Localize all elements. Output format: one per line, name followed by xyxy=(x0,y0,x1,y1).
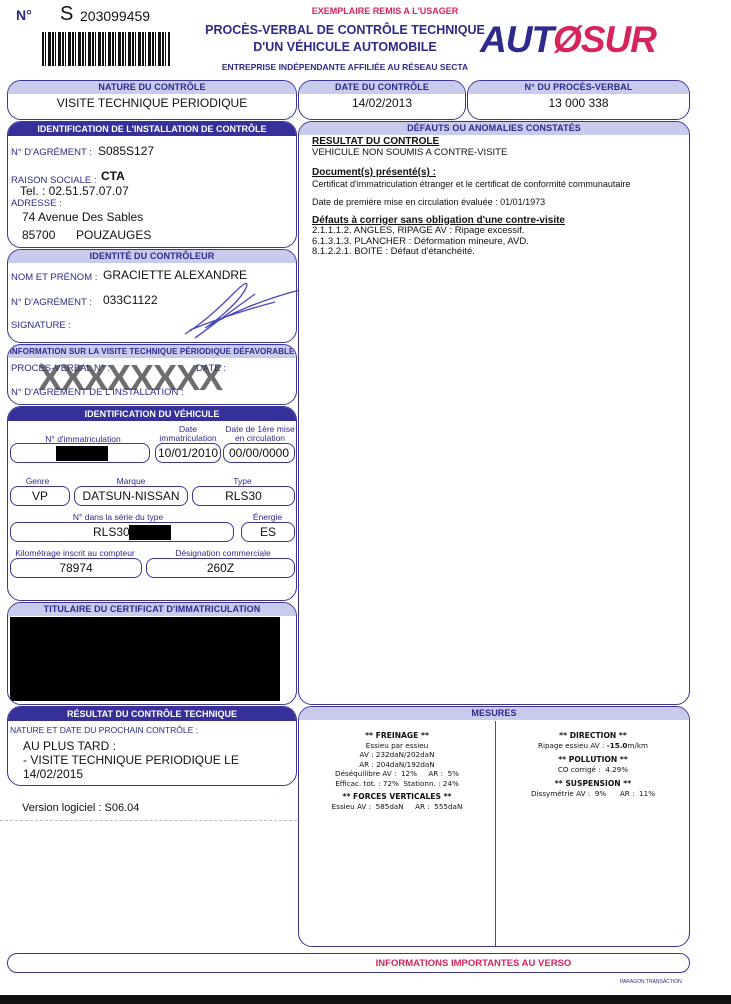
nature-controle-box: NATURE DU CONTRÔLE VISITE TECHNIQUE PERI… xyxy=(7,80,297,120)
serie-value: RLS30 xyxy=(93,525,130,539)
cutout-divider xyxy=(0,820,312,821)
date-controle-value: 14/02/2013 xyxy=(299,96,465,110)
forces-line: Essieu AV : 585daN AR : 555daN xyxy=(299,802,495,812)
type-label: Type xyxy=(190,477,295,486)
scan-edge xyxy=(0,995,731,1004)
right-measures: ** DIRECTION ** Ripage essieu AV : -15.0… xyxy=(495,731,690,798)
type-field: RLS30 xyxy=(192,486,295,506)
postcode: 85700 xyxy=(22,228,55,242)
marque-field: DATSUN-NISSAN xyxy=(74,486,188,506)
serie-label: N° dans la série du type xyxy=(38,513,198,522)
direction-unit: m/km xyxy=(627,741,648,750)
freinage-line: AR : 204daN/192daN xyxy=(299,760,495,770)
forces-title: ** FORCES VERTICALES ** xyxy=(299,792,495,802)
pollution-title: ** POLLUTION ** xyxy=(495,755,690,765)
first-circ-label: Date de 1ère mise en circulation xyxy=(224,425,296,443)
autosur-logo: AUTØSUR xyxy=(480,20,656,60)
pv-number-label: N° DU PROCÈS-VERBAL xyxy=(468,81,689,94)
defauts-box: DÉFAUTS OU ANOMALIES CONSTATÉS RESULTAT … xyxy=(298,121,690,705)
installation-agrement-label: N° D'AGRÉMENT : xyxy=(11,147,92,158)
installation-title: IDENTIFICATION DE L'INSTALLATION DE CONT… xyxy=(8,122,296,136)
installation-box: IDENTIFICATION DE L'INSTALLATION DE CONT… xyxy=(7,121,297,248)
km-field: 78974 xyxy=(10,558,142,578)
controleur-agrement-label: N° D'AGRÉMENT : xyxy=(11,297,92,308)
nature-controle-label: NATURE DU CONTRÔLE xyxy=(8,81,296,94)
controleur-agrement-value: 033C1122 xyxy=(103,293,158,307)
defect-item: 2.1.1.1.2. ANGLES, RIPAGE AV : Ripage ex… xyxy=(312,226,689,237)
defauts-title: DÉFAUTS OU ANOMALIES CONSTATÉS xyxy=(299,122,689,135)
defavorable-crossed-stamp: XXXXXXXX xyxy=(38,358,222,398)
date-immat-label: Date immatriculation xyxy=(156,425,220,443)
raison-sociale-value: CTA xyxy=(101,169,125,183)
mesures-title: MESURES xyxy=(299,707,689,720)
document-header: N° S 203099459 EXEMPLAIRE REMIS A L'USAG… xyxy=(0,0,731,78)
date-controle-box: DATE DU CONTRÔLE 14/02/2013 xyxy=(298,80,466,120)
info-verso-text: INFORMATIONS IMPORTANTES AU VERSO xyxy=(8,954,689,973)
direction-value: -15.0 xyxy=(607,741,628,750)
info-verso-banner: INFORMATIONS IMPORTANTES AU VERSO xyxy=(7,953,690,973)
designation-field: 260Z xyxy=(146,558,295,578)
serie-redacted xyxy=(129,525,171,540)
serial-number: 203099459 xyxy=(80,8,150,24)
vehicule-title: IDENTIFICATION DU VÉHICULE xyxy=(8,407,296,421)
signature-scribble-icon xyxy=(175,272,305,342)
designation-label: Désignation commerciale xyxy=(153,549,293,558)
km-label: Kilométrage inscrit au compteur xyxy=(10,549,140,558)
number-prefix: N° xyxy=(16,7,32,23)
next-control-line1: AU PLUS TARD : xyxy=(23,739,116,753)
freinage-section: ** FREINAGE ** Essieu par essieu AV : 23… xyxy=(299,731,495,811)
controleur-title: IDENTITÉ DU CONTRÔLEUR xyxy=(8,250,296,263)
defect-item: 8.1.2.2.1. BOITE : Défaut d'étanchéité. xyxy=(312,247,689,258)
copy-note: EXEMPLAIRE REMIS A L'USAGER xyxy=(280,6,490,16)
logo-text-sur: SUR xyxy=(581,19,656,60)
next-control-label: NATURE ET DATE DU PROCHAIN CONTRÔLE : xyxy=(10,725,198,735)
resultat-box: RÉSULTAT DU CONTRÔLE TECHNIQUE NATURE ET… xyxy=(7,706,297,786)
address-line: 74 Avenue Des Sables xyxy=(22,210,143,224)
direction-label: Ripage essieu AV : xyxy=(538,741,607,750)
printer-credit: PARAGON TRANSACTION xyxy=(620,979,682,985)
freinage-line: Efficac. tot. : 72% Stationn. : 24% xyxy=(299,779,495,789)
controleur-name-label: NOM ET PRÉNOM : xyxy=(11,272,97,283)
installation-agrement-value: S085S127 xyxy=(98,144,154,158)
document-title-line2: D'UN VÉHICULE AUTOMOBILE xyxy=(190,40,500,54)
titulaire-title: TITULAIRE DU CERTIFICAT D'IMMATRICULATIO… xyxy=(8,603,296,616)
adresse-label: ADRESSE : xyxy=(11,198,62,209)
defavorable-box: INFORMATION SUR LA VISITE TECHNIQUE PÉRI… xyxy=(7,344,297,405)
date-controle-label: DATE DU CONTRÔLE xyxy=(299,81,465,94)
immat-field xyxy=(10,443,150,463)
serial-letter: S xyxy=(60,3,73,26)
result-value: VEHICULE NON SOUMIS A CONTRE-VISITE xyxy=(312,148,689,159)
immat-redacted xyxy=(56,446,108,461)
direction-title: ** DIRECTION ** xyxy=(495,731,690,741)
energie-label: Énergie xyxy=(240,513,295,522)
first-circ-estimate: Date de première mise en circulation éva… xyxy=(312,197,689,208)
freinage-line: AV : 232daN/202daN xyxy=(299,750,495,760)
direction-line: Ripage essieu AV : -15.0m/km xyxy=(495,741,690,751)
suspension-line: Dissymétrie AV : 9% AR : 11% xyxy=(495,789,690,799)
next-control-line2: - VISITE TECHNIQUE PERIODIQUE LE 14/02/2… xyxy=(23,753,296,781)
document-subtitle: ENTREPRISE INDÉPENDANTE AFFILIÉE AU RÉSE… xyxy=(190,62,500,72)
genre-field: VP xyxy=(10,486,70,506)
pv-number-box: N° DU PROCÈS-VERBAL 13 000 338 xyxy=(467,80,690,120)
logo-text-aut: AUT xyxy=(480,19,553,60)
barcode xyxy=(42,32,170,66)
freinage-title: ** FREINAGE ** xyxy=(299,731,495,741)
resultat-title: RÉSULTAT DU CONTRÔLE TECHNIQUE xyxy=(8,707,296,721)
freinage-line: Déséquilibre AV : 12% AR : 5% xyxy=(299,769,495,779)
mesures-box: MESURES ** FREINAGE ** Essieu par essieu… xyxy=(298,706,690,947)
signature-label: SIGNATURE : xyxy=(11,320,71,331)
document-title-line1: PROCÈS-VERBAL DE CONTRÔLE TECHNIQUE xyxy=(190,23,500,37)
titulaire-redacted xyxy=(10,617,280,701)
suspension-title: ** SUSPENSION ** xyxy=(495,779,690,789)
city: POUZAUGES xyxy=(76,228,151,242)
result-heading: RESULTAT DU CONTROLE xyxy=(312,137,689,148)
logo-o-icon: Ø xyxy=(553,19,581,60)
titulaire-box: TITULAIRE DU CERTIFICAT D'IMMATRICULATIO… xyxy=(7,602,297,705)
serie-field: RLS30 xyxy=(10,522,234,542)
date-immat-field: 10/01/2010 xyxy=(155,443,221,463)
software-version: Version logiciel : S06.04 xyxy=(22,802,139,814)
pv-number-value: 13 000 338 xyxy=(468,96,689,110)
vehicule-box: IDENTIFICATION DU VÉHICULE N° d'immatric… xyxy=(7,406,297,601)
pollution-line: CO corrigé : 4.29% xyxy=(495,765,690,775)
marque-label: Marque xyxy=(76,477,186,486)
documents-value: Certificat d'immatriculation étranger et… xyxy=(312,179,689,190)
freinage-line: Essieu par essieu xyxy=(299,741,495,751)
genre-label: Genre xyxy=(10,477,65,486)
installation-phone: Tel. : 02.51.57.07.07 xyxy=(20,184,129,198)
energie-field: ES xyxy=(241,522,295,542)
documents-heading: Document(s) présenté(s) : xyxy=(312,168,689,179)
first-circ-field: 00/00/0000 xyxy=(223,443,295,463)
nature-controle-value: VISITE TECHNIQUE PERIODIQUE xyxy=(8,96,296,110)
